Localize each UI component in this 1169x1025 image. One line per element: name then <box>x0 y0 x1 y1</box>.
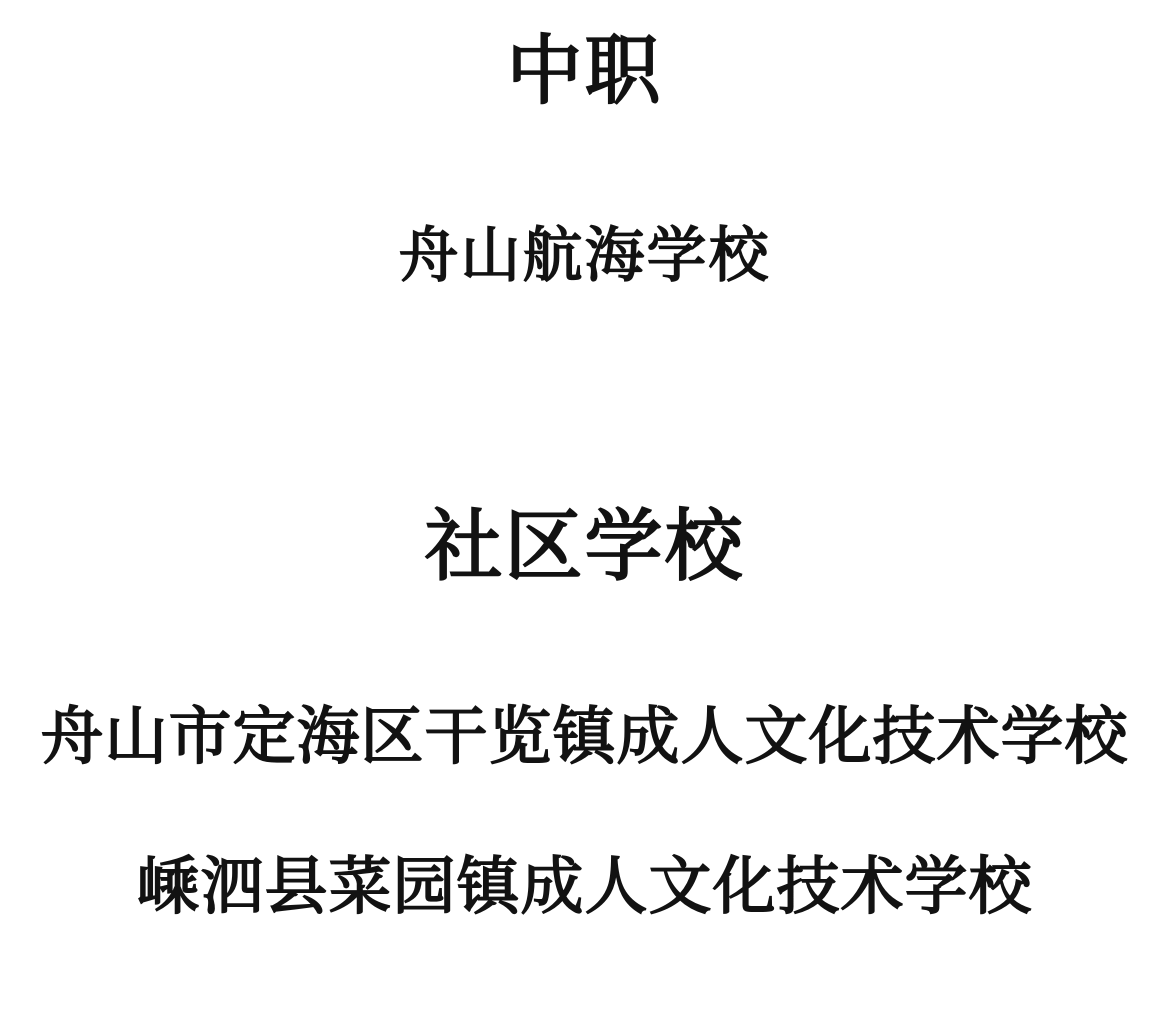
document-page: 中职 舟山航海学校 社区学校 舟山市定海区干览镇成人文化技术学校 嵊泗县菜园镇成… <box>0 0 1169 1025</box>
school-name-shengsi-caiyuan: 嵊泗县菜园镇成人文化技术学校 <box>0 856 1169 919</box>
section-heading-community: 社区学校 <box>0 508 1169 586</box>
section-heading-vocational: 中职 <box>0 34 1169 110</box>
school-name-zhoushan-navigation: 舟山航海学校 <box>0 226 1169 286</box>
school-name-dinghai-ganlan: 舟山市定海区干览镇成人文化技术学校 <box>0 706 1169 769</box>
